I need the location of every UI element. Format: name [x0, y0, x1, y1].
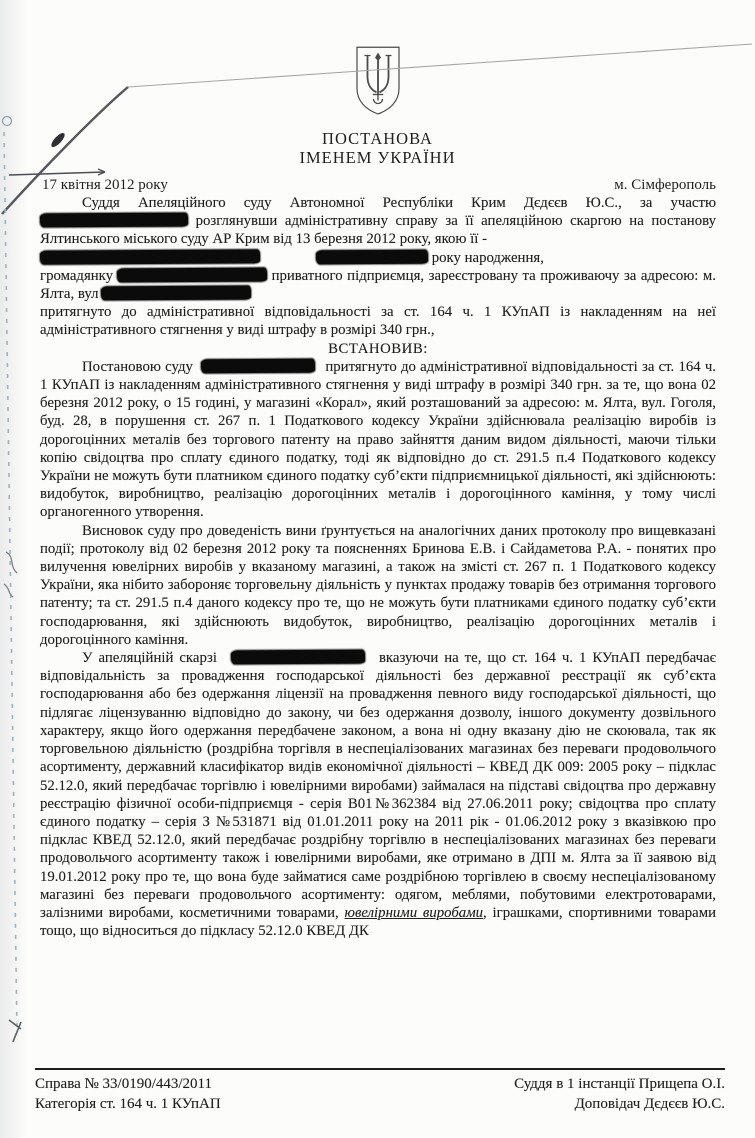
date-row: 17 квітня 2012 року м. Сімферополь: [0, 177, 755, 194]
conclusion-paragraph: Висновок суду про доведеність вини ґрунт…: [40, 522, 716, 649]
party-text-2: громадянку: [40, 268, 113, 284]
redaction-full-name: [40, 249, 260, 264]
pen-check-artifact: [9, 1020, 21, 1042]
footer-left-column: Справа № 33/0190/443/2011 Категорія ст. …: [35, 1075, 221, 1114]
document-body: Суддя Апеляційного суду Автономної Респу…: [0, 194, 755, 940]
redaction-defendant-name-2: [231, 650, 365, 665]
ruling-text-1: Постановою суду: [82, 359, 193, 375]
case-category: Категорія ст. 164 ч. 1 КУпАП: [35, 1095, 221, 1115]
appeal-paragraph: У апеляційній скарзі вказуючи на те, що …: [40, 649, 716, 940]
redaction-birth-date: [316, 249, 428, 264]
court-decision-page: ПОСТАНОВА ІМЕНЕМ УКРАЇНИ 17 квітня 2012 …: [0, 0, 755, 1138]
case-number: Справа № 33/0190/443/2011: [35, 1075, 221, 1095]
decision-date: 17 квітня 2012 року: [42, 177, 168, 194]
redaction-citizenship: [117, 267, 267, 282]
ruling-text-2: притягнуто до адміністративної відповіда…: [40, 359, 716, 521]
liability-paragraph: притягнуто до адміністративної відповіда…: [40, 303, 716, 339]
intro-text-1: Суддя Апеляційного суду Автономної Респу…: [82, 195, 716, 211]
decision-city: м. Сімферополь: [614, 177, 716, 194]
appeal-text-1: У апеляційній скарзі: [82, 650, 217, 666]
appeal-text-2: вказуючи на те, що ст. 164 ч. 1 КУпАП пе…: [40, 650, 716, 921]
redaction-participant-name: [40, 213, 188, 228]
footer-right-column: Суддя в 1 інстанції Прищепа О.І. Доповід…: [514, 1075, 725, 1114]
redaction-defendant-name-1: [201, 358, 315, 373]
document-title: ПОСТАНОВА: [0, 129, 755, 148]
ruling-paragraph: Постановою суду притягнуто до адміністра…: [40, 358, 716, 522]
established-heading: ВСТАНОВИВ:: [40, 340, 716, 358]
redaction-address: [101, 286, 251, 301]
rapporteur-judge: Доповідач Дєдєєв Ю.С.: [514, 1095, 725, 1115]
trident-coat-of-arms-icon: [354, 44, 402, 118]
party-text-1: року народження,: [432, 250, 544, 266]
pen-arrow-artifact: [9, 169, 105, 175]
case-footer: Справа № 33/0190/443/2011 Категорія ст. …: [35, 1068, 725, 1114]
document-subtitle: ІМЕНЕМ УКРАЇНИ: [0, 148, 755, 167]
first-instance-judge: Суддя в 1 інстанції Прищепа О.І.: [514, 1075, 725, 1095]
party-details-block: року народження, громадянку приватного п…: [40, 249, 716, 304]
jewellery-goods-underlined: ювелірними виробами: [345, 905, 483, 921]
document-header: ПОСТАНОВА ІМЕНЕМ УКРАЇНИ: [0, 0, 755, 167]
intro-paragraph: Суддя Апеляційного суду Автономної Респу…: [40, 194, 716, 249]
